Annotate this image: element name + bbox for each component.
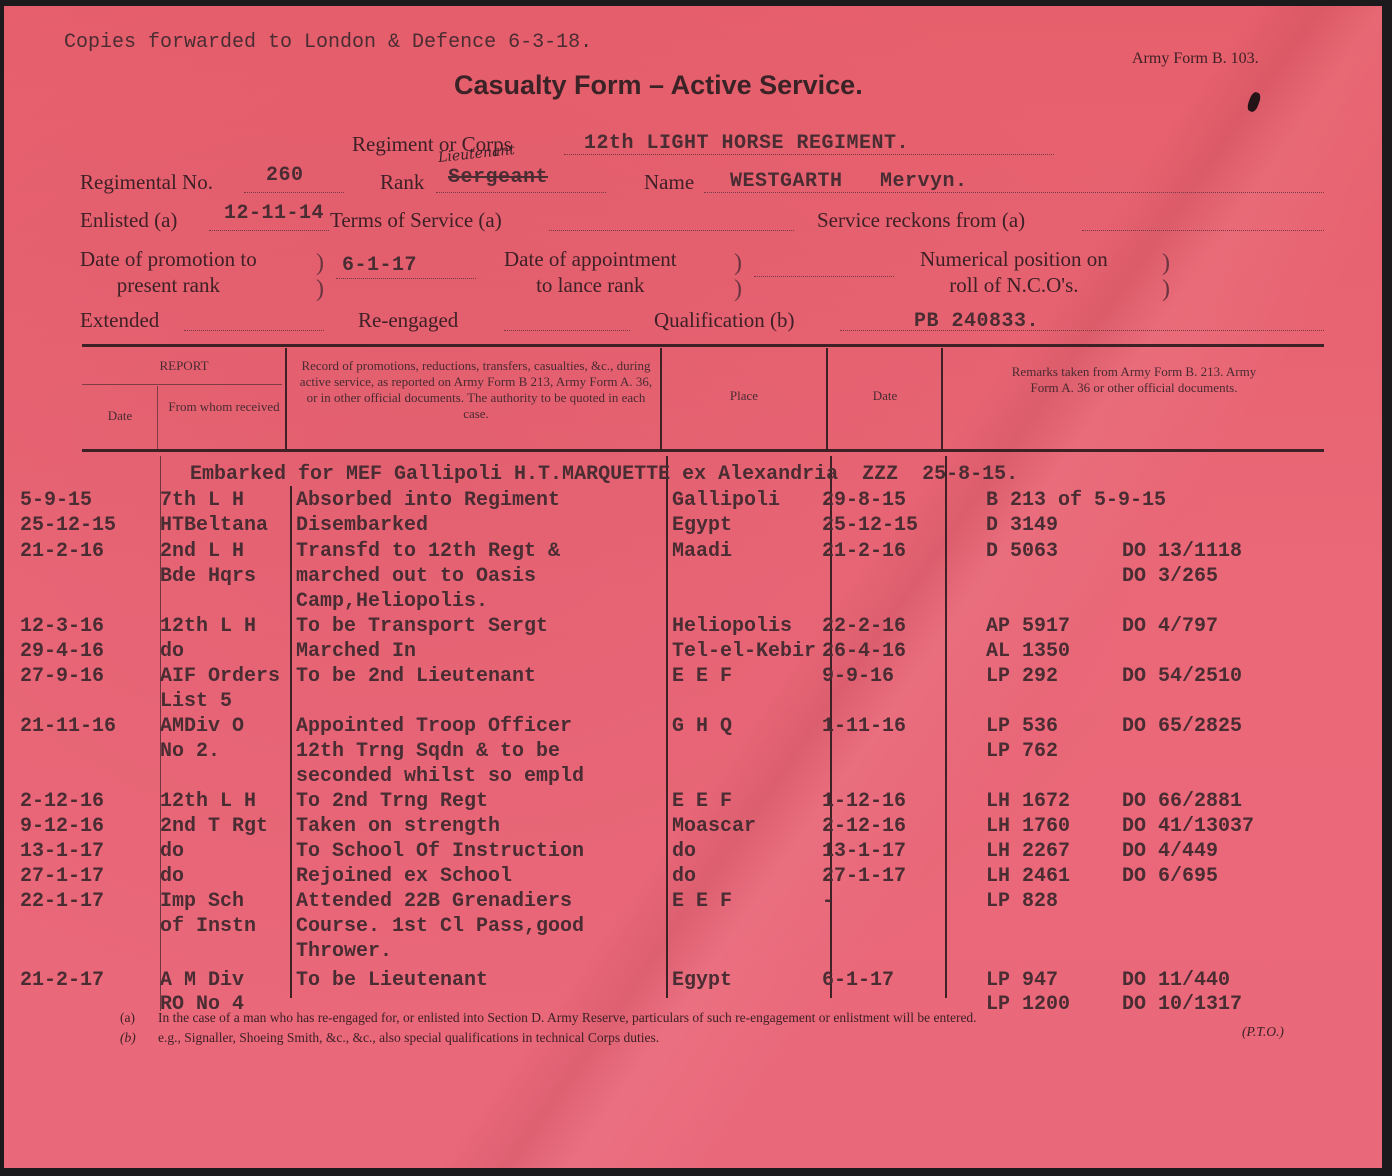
- cell-record: Thrower.: [296, 939, 392, 964]
- extended-line: [184, 330, 324, 331]
- reengaged-line: [504, 330, 630, 331]
- cell-date2: 26-4-16: [822, 639, 906, 664]
- cell-date2: 1-11-16: [822, 714, 906, 739]
- cell-from: List 5: [160, 689, 232, 714]
- cell-place: Tel-el-Kebir: [672, 639, 816, 664]
- enlisted-label: Enlisted (a): [80, 208, 177, 233]
- nco-label-line2: roll of N.C.O's.: [920, 272, 1108, 298]
- cell-date: 22-1-17: [20, 889, 104, 914]
- cell-remarks-a: LP 292: [986, 664, 1058, 689]
- cell-from: HTBeltana: [160, 513, 268, 538]
- cell-date: 21-2-16: [20, 539, 104, 564]
- cell-place: do: [672, 864, 696, 889]
- cell-date: 2-12-16: [20, 789, 104, 814]
- cell-record: Attended 22B Grenadiers: [296, 889, 572, 914]
- cell-record: Taken on strength: [296, 814, 500, 839]
- cell-remarks-b: DO 65/2825: [1122, 714, 1242, 739]
- forwarded-note: Copies forwarded to London & Defence 6-3…: [64, 31, 592, 54]
- enlisted-value: 12-11-14: [224, 202, 324, 225]
- cell-record: To School Of Instruction: [296, 839, 584, 864]
- cell-remarks-a: LP 536: [986, 714, 1058, 739]
- cell-remarks-a: B 213 of 5-9-15: [986, 488, 1166, 513]
- cell-date2: 21-2-16: [822, 539, 906, 564]
- cell-record: Disembarked: [296, 513, 428, 538]
- cell-record: Rejoined ex School: [296, 864, 512, 889]
- nco-label: Numerical position on roll of N.C.O's.: [920, 246, 1108, 298]
- cell-place: Heliopolis: [672, 614, 792, 639]
- paper-tear: [1246, 91, 1262, 113]
- header-report: REPORT: [84, 358, 284, 374]
- cell-from: 7th L H: [160, 488, 244, 513]
- cell-remarks-b: DO 4/449: [1122, 839, 1218, 864]
- cell-from: 12th L H: [160, 614, 256, 639]
- form-title: Casualty Form – Active Service.: [454, 70, 863, 101]
- qualification-label: Qualification (b): [654, 308, 795, 333]
- footnote-b-mark: (b): [120, 1030, 136, 1046]
- cell-place: Gallipoli: [672, 488, 780, 513]
- cell-remarks-a: LH 2461: [986, 864, 1070, 889]
- cell-remarks-b: DO 41/13037: [1122, 814, 1254, 839]
- cell-date2: 29-8-15: [822, 488, 906, 513]
- cell-record: Marched In: [296, 639, 416, 664]
- footnote-b-text: e.g., Signaller, Shoeing Smith, &c., &c.…: [158, 1030, 659, 1046]
- cell-from: do: [160, 639, 184, 664]
- cell-remarks-b: DO 10/1317: [1122, 992, 1242, 1017]
- col-rule-record-hdr: [660, 348, 662, 452]
- lance-label-line2: to lance rank: [504, 272, 677, 298]
- promotion-label-line1: Date of promotion to: [80, 246, 257, 272]
- cell-record: Course. 1st Cl Pass,good: [296, 914, 584, 939]
- cell-record: seconded whilst so empld: [296, 764, 584, 789]
- cell-from: A M Div: [160, 968, 244, 993]
- qualification-line: [840, 330, 1324, 331]
- cell-record: Transfd to 12th Regt &: [296, 539, 560, 564]
- header-remarks: Remarks taken from Army Form B. 213. Arm…: [1004, 364, 1264, 396]
- casualty-form-page: Copies forwarded to London & Defence 6-3…: [4, 6, 1382, 1168]
- cell-remarks-a: LH 1672: [986, 789, 1070, 814]
- cell-remarks-a: LP 947: [986, 968, 1058, 993]
- cell-date: 25-12-15: [20, 513, 116, 538]
- cell-date2: 6-1-17: [822, 968, 894, 993]
- cell-record: To 2nd Trng Regt: [296, 789, 488, 814]
- cell-from: 2nd T Rgt: [160, 814, 268, 839]
- col-rule-place-hdr: [826, 348, 828, 452]
- rank-line: [436, 192, 606, 193]
- cell-remarks-a: LP 762: [986, 739, 1058, 764]
- embarked-banner: Embarked for MEF Gallipoli H.T.MARQUETTE…: [190, 462, 1018, 487]
- cell-from: of Instn: [160, 914, 256, 939]
- terms-label: Terms of Service (a): [330, 208, 502, 233]
- cell-date2: 25-12-15: [822, 513, 918, 538]
- cell-place: Egypt: [672, 513, 732, 538]
- cell-date: 21-11-16: [20, 714, 116, 739]
- cell-remarks-a: LP 828: [986, 889, 1058, 914]
- col-rule-date2-hdr: [941, 348, 943, 452]
- cell-record: 12th Trng Sqdn & to be: [296, 739, 560, 764]
- cell-from: Bde Hqrs: [160, 564, 256, 589]
- pto-marker: (P.T.O.): [1242, 1024, 1284, 1040]
- promotion-label-line2: present rank: [80, 272, 257, 298]
- header-from-whom: From whom received: [164, 399, 284, 415]
- cell-place: Maadi: [672, 539, 732, 564]
- qualification-value: PB 240833.: [914, 310, 1039, 333]
- cell-date2: 13-1-17: [822, 839, 906, 864]
- terms-line: [549, 230, 794, 231]
- footnote-a-text: In the case of a man who has re-engaged …: [158, 1010, 977, 1026]
- cell-record: Camp,Heliopolis.: [296, 589, 488, 614]
- cell-date: 13-1-17: [20, 839, 104, 864]
- extended-label: Extended: [80, 308, 159, 333]
- cell-remarks-b: DO 4/797: [1122, 614, 1218, 639]
- col-rule-date2: [945, 456, 947, 998]
- cell-remarks-a: LH 1760: [986, 814, 1070, 839]
- cell-date2: 1-12-16: [822, 789, 906, 814]
- cell-remarks-b: DO 54/2510: [1122, 664, 1242, 689]
- col-rule-date-hdr: [157, 386, 158, 452]
- form-number: Army Form B. 103.: [1132, 50, 1259, 68]
- cell-date: 9-12-16: [20, 814, 104, 839]
- cell-remarks-b: DO 11/440: [1122, 968, 1230, 993]
- header-date: Date: [84, 408, 156, 424]
- cell-date2: 2-12-16: [822, 814, 906, 839]
- cell-from: Imp Sch: [160, 889, 244, 914]
- cell-record: Absorbed into Regiment: [296, 488, 560, 513]
- regiment-value: 12th LIGHT HORSE REGIMENT.: [584, 132, 909, 155]
- regimental-no-line: [244, 192, 344, 193]
- cell-place: E E F: [672, 789, 732, 814]
- cell-record: marched out to Oasis: [296, 564, 536, 589]
- cell-remarks-b: DO 13/1118: [1122, 539, 1242, 564]
- cell-date: 21-2-17: [20, 968, 104, 993]
- cell-place: Moascar: [672, 814, 756, 839]
- regimental-no-value: 260: [266, 164, 304, 187]
- cell-record: To be Transport Sergt: [296, 614, 548, 639]
- cell-remarks-a: AP 5917: [986, 614, 1070, 639]
- cell-from: No 2.: [160, 739, 220, 764]
- promotion-line: [336, 278, 476, 279]
- table-top-rule: [82, 344, 1324, 347]
- name-label: Name: [644, 170, 694, 195]
- table-header-rule: [82, 449, 1324, 452]
- promotion-label: Date of promotion to present rank: [80, 246, 257, 298]
- cell-from: AMDiv O: [160, 714, 244, 739]
- lance-brace: )): [734, 250, 742, 302]
- cell-place: E E F: [672, 664, 732, 689]
- cell-from: do: [160, 839, 184, 864]
- cell-date: 5-9-15: [20, 488, 92, 513]
- enlisted-line: [209, 230, 329, 231]
- nco-brace: )): [1162, 250, 1170, 302]
- regimental-no-label: Regimental No.: [80, 170, 213, 195]
- cell-from: 2nd L H: [160, 539, 244, 564]
- rank-label: Rank: [380, 170, 424, 195]
- cell-place: do: [672, 839, 696, 864]
- name-value: WESTGARTH Mervyn.: [730, 170, 968, 193]
- col-rule-from: [290, 486, 292, 998]
- header-place: Place: [664, 388, 824, 404]
- nco-label-line1: Numerical position on: [920, 246, 1108, 272]
- lance-line: [754, 276, 894, 277]
- service-reckons-line: [1082, 230, 1324, 231]
- cell-record: To be 2nd Lieutenant: [296, 664, 536, 689]
- reengaged-label: Re-engaged: [358, 308, 458, 333]
- cell-place: E E F: [672, 889, 732, 914]
- cell-date: 12-3-16: [20, 614, 104, 639]
- cell-record: Appointed Troop Officer: [296, 714, 572, 739]
- lance-rank-label: Date of appointment to lance rank: [504, 246, 677, 298]
- cell-from: AIF Orders: [160, 664, 280, 689]
- cell-date2: 22-2-16: [822, 614, 906, 639]
- cell-remarks-b: DO 6/695: [1122, 864, 1218, 889]
- cell-date: 27-1-17: [20, 864, 104, 889]
- cell-date2: -: [822, 889, 834, 914]
- promotion-brace: )): [316, 250, 324, 302]
- cell-remarks-a: AL 1350: [986, 639, 1070, 664]
- service-reckons-label: Service reckons from (a): [817, 208, 1025, 233]
- cell-date2: 9-9-16: [822, 664, 894, 689]
- cell-remarks-b: DO 3/265: [1122, 564, 1218, 589]
- cell-remarks-b: DO 66/2881: [1122, 789, 1242, 814]
- cell-remarks-a: LP 1200: [986, 992, 1070, 1017]
- cell-record: To be Lieutenant: [296, 968, 488, 993]
- cell-from: do: [160, 864, 184, 889]
- header-record: Record of promotions, reductions, transf…: [296, 358, 656, 422]
- col-rule-record: [666, 456, 668, 998]
- col-rule-from-hdr: [285, 348, 287, 452]
- cell-remarks-a: D 5063: [986, 539, 1058, 564]
- promotion-value: 6-1-17: [342, 254, 417, 277]
- cell-date: 29-4-16: [20, 639, 104, 664]
- lance-label-line1: Date of appointment: [504, 246, 677, 272]
- footnote-a-mark: (a): [120, 1010, 135, 1026]
- cell-remarks-a: LH 2267: [986, 839, 1070, 864]
- cell-place: G H Q: [672, 714, 732, 739]
- cell-place: Egypt: [672, 968, 732, 993]
- cell-from: 12th L H: [160, 789, 256, 814]
- cell-date2: 27-1-17: [822, 864, 906, 889]
- cell-date: 27-9-16: [20, 664, 104, 689]
- rank-struck-value: Sergeant: [448, 166, 548, 189]
- cell-remarks-a: D 3149: [986, 513, 1058, 538]
- header-date2: Date: [830, 388, 940, 404]
- report-sub-rule: [82, 384, 282, 385]
